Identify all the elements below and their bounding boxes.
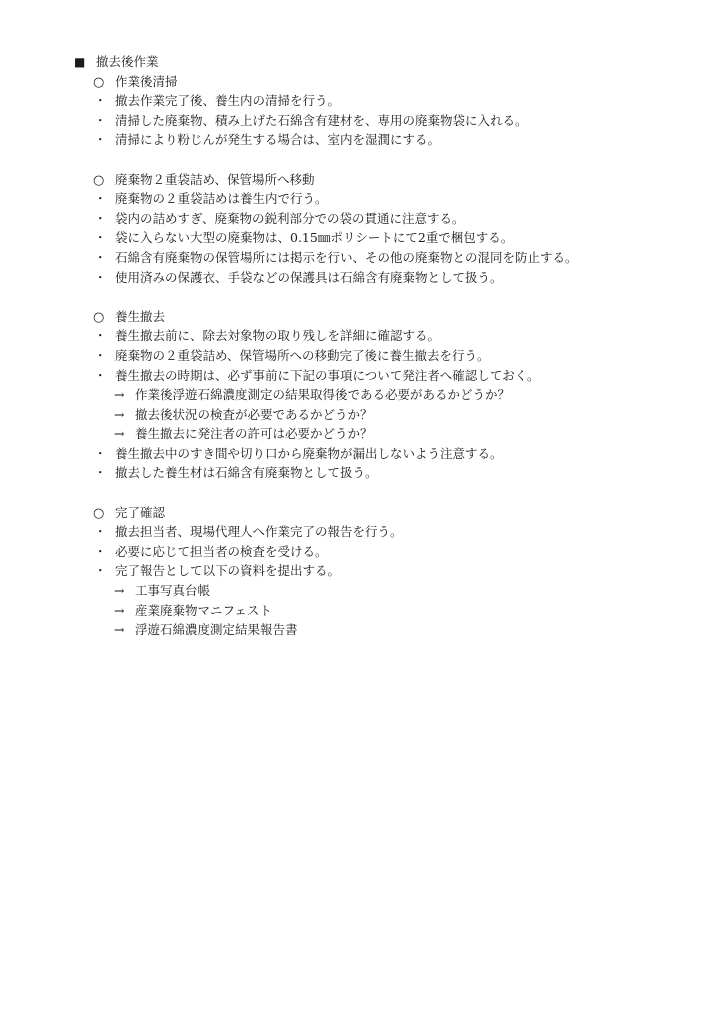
section-title-text: 廃棄物２重袋詰め、保管場所へ移動	[115, 172, 315, 187]
list-item-text: 廃棄物の２重袋詰め、保管場所への移動完了後に養生撤去を行う。	[115, 348, 490, 363]
sub-list-item: →工事写真台帳	[74, 581, 674, 601]
spacer	[74, 150, 674, 170]
section-title: ○作業後清掃	[74, 72, 674, 92]
list-item-text: 使用済みの保護衣、手袋などの保護具は石綿含有廃棄物として扱う。	[115, 270, 503, 285]
sub-list-item: →養生撤去に発注者の許可は必要かどうか？	[74, 424, 674, 444]
section-title-text: 作業後清掃	[115, 74, 178, 89]
dot-bullet-icon: ・	[94, 268, 115, 288]
section-title-text: 養生撤去	[115, 309, 165, 324]
list-item-text: 廃棄物の２重袋詰めは養生内で行う。	[115, 191, 328, 206]
list-item-text: 撤去担当者、現場代理人へ作業完了の報告を行う。	[115, 524, 403, 539]
dot-bullet-icon: ・	[94, 463, 115, 483]
arrow-right-icon: →	[114, 620, 135, 640]
section-title: ○完了確認	[74, 503, 674, 523]
list-item: ・必要に応じて担当者の検査を受ける。	[74, 542, 674, 562]
sub-list-item-text: 工事写真台帳	[135, 583, 210, 598]
list-item-text: 撤去作業完了後、養生内の清掃を行う。	[115, 93, 340, 108]
spacer	[74, 483, 674, 503]
list-item: ・撤去担当者、現場代理人へ作業完了の報告を行う。	[74, 522, 674, 542]
sub-list-item: →浮遊石綿濃度測定結果報告書	[74, 620, 674, 640]
sub-list-item: →撤去後状況の検査が必要であるかどうか？	[74, 405, 674, 425]
sub-list-item-text: 作業後浮遊石綿濃度測定の結果取得後である必要があるかどうか？	[135, 387, 510, 402]
circle-bullet-icon: ○	[93, 504, 115, 524]
spacer	[74, 287, 674, 307]
list-item: ・撤去作業完了後、養生内の清掃を行う。	[74, 91, 674, 111]
arrow-right-icon: →	[114, 385, 135, 405]
list-item: ・清掃により粉じんが発生する場合は、室内を湿潤にする。	[74, 130, 674, 150]
sub-list-item: →産業廃棄物マニフェスト	[74, 601, 674, 621]
dot-bullet-icon: ・	[94, 209, 115, 229]
list-item: ・廃棄物の２重袋詰め、保管場所への移動完了後に養生撤去を行う。	[74, 346, 674, 366]
dot-bullet-icon: ・	[94, 189, 115, 209]
section-title: ○養生撤去	[74, 307, 674, 327]
dot-bullet-icon: ・	[94, 248, 115, 268]
list-item: ・使用済みの保護衣、手袋などの保護具は石綿含有廃棄物として扱う。	[74, 268, 674, 288]
list-item-text: 清掃した廃棄物、積み上げた石綿含有建材を、専用の廃棄物袋に入れる。	[115, 113, 528, 128]
dot-bullet-icon: ・	[94, 366, 115, 386]
list-item-text: 養生撤去の時期は、必ず事前に下記の事項について発注者へ確認しておく。	[115, 368, 540, 383]
dot-bullet-icon: ・	[94, 542, 115, 562]
list-item: ・袋内の詰めすぎ、廃棄物の鋭利部分での袋の貫通に注意する。	[74, 209, 674, 229]
list-item: ・養生撤去の時期は、必ず事前に下記の事項について発注者へ確認しておく。	[74, 366, 674, 386]
dot-bullet-icon: ・	[94, 91, 115, 111]
dot-bullet-icon: ・	[94, 346, 115, 366]
dot-bullet-icon: ・	[94, 228, 115, 248]
sub-list-item-text: 産業廃棄物マニフェスト	[135, 603, 272, 618]
sub-list-item: →作業後浮遊石綿濃度測定の結果取得後である必要があるかどうか？	[74, 385, 674, 405]
heading-text: 撤去後作業	[96, 54, 159, 69]
list-item: ・養生撤去中のすき間や切り口から廃棄物が漏出しないよう注意する。	[74, 444, 674, 464]
arrow-right-icon: →	[114, 601, 135, 621]
sub-list-item-text: 浮遊石綿濃度測定結果報告書	[135, 622, 298, 637]
list-item: ・廃棄物の２重袋詰めは養生内で行う。	[74, 189, 674, 209]
sub-list-item-text: 撤去後状況の検査が必要であるかどうか？	[135, 407, 373, 422]
list-item-text: 必要に応じて担当者の検査を受ける。	[115, 544, 328, 559]
list-item-text: 袋内の詰めすぎ、廃棄物の鋭利部分での袋の貫通に注意する。	[115, 211, 465, 226]
list-item-text: 養生撤去中のすき間や切り口から廃棄物が漏出しないよう注意する。	[115, 446, 503, 461]
dot-bullet-icon: ・	[94, 444, 115, 464]
arrow-right-icon: →	[114, 405, 135, 425]
arrow-right-icon: →	[114, 424, 135, 444]
list-item-text: 石綿含有廃棄物の保管場所には掲示を行い、その他の廃棄物との混同を防止する。	[115, 250, 578, 265]
list-item-text: 撤去した養生材は石綿含有廃棄物として扱う。	[115, 465, 378, 480]
document-content: ■撤去後作業 ○作業後清掃 ・撤去作業完了後、養生内の清掃を行う。 ・清掃した廃…	[74, 52, 674, 640]
arrow-right-icon: →	[114, 581, 135, 601]
circle-bullet-icon: ○	[93, 171, 115, 191]
dot-bullet-icon: ・	[94, 130, 115, 150]
square-bullet-icon: ■	[74, 53, 96, 73]
section-title-text: 完了確認	[115, 505, 165, 520]
dot-bullet-icon: ・	[94, 326, 115, 346]
list-item: ・清掃した廃棄物、積み上げた石綿含有建材を、専用の廃棄物袋に入れる。	[74, 111, 674, 131]
list-item-text: 養生撤去前に、除去対象物の取り残しを詳細に確認する。	[115, 328, 440, 343]
circle-bullet-icon: ○	[93, 73, 115, 93]
circle-bullet-icon: ○	[93, 308, 115, 328]
dot-bullet-icon: ・	[94, 111, 115, 131]
list-item: ・袋に入らない大型の廃棄物は、0.15㎜ポリシートにて2重で梱包する。	[74, 228, 674, 248]
document-page: ■撤去後作業 ○作業後清掃 ・撤去作業完了後、養生内の清掃を行う。 ・清掃した廃…	[0, 0, 724, 1024]
main-heading: ■撤去後作業	[74, 52, 674, 72]
section-title: ○廃棄物２重袋詰め、保管場所へ移動	[74, 170, 674, 190]
list-item: ・完了報告として以下の資料を提出する。	[74, 561, 674, 581]
list-item: ・石綿含有廃棄物の保管場所には掲示を行い、その他の廃棄物との混同を防止する。	[74, 248, 674, 268]
list-item-text: 清掃により粉じんが発生する場合は、室内を湿潤にする。	[115, 132, 440, 147]
sub-list-item-text: 養生撤去に発注者の許可は必要かどうか？	[135, 426, 373, 441]
list-item-text: 完了報告として以下の資料を提出する。	[115, 563, 340, 578]
list-item-text: 袋に入らない大型の廃棄物は、0.15㎜ポリシートにて2重で梱包する。	[115, 230, 513, 245]
list-item: ・撤去した養生材は石綿含有廃棄物として扱う。	[74, 463, 674, 483]
dot-bullet-icon: ・	[94, 561, 115, 581]
list-item: ・養生撤去前に、除去対象物の取り残しを詳細に確認する。	[74, 326, 674, 346]
dot-bullet-icon: ・	[94, 522, 115, 542]
